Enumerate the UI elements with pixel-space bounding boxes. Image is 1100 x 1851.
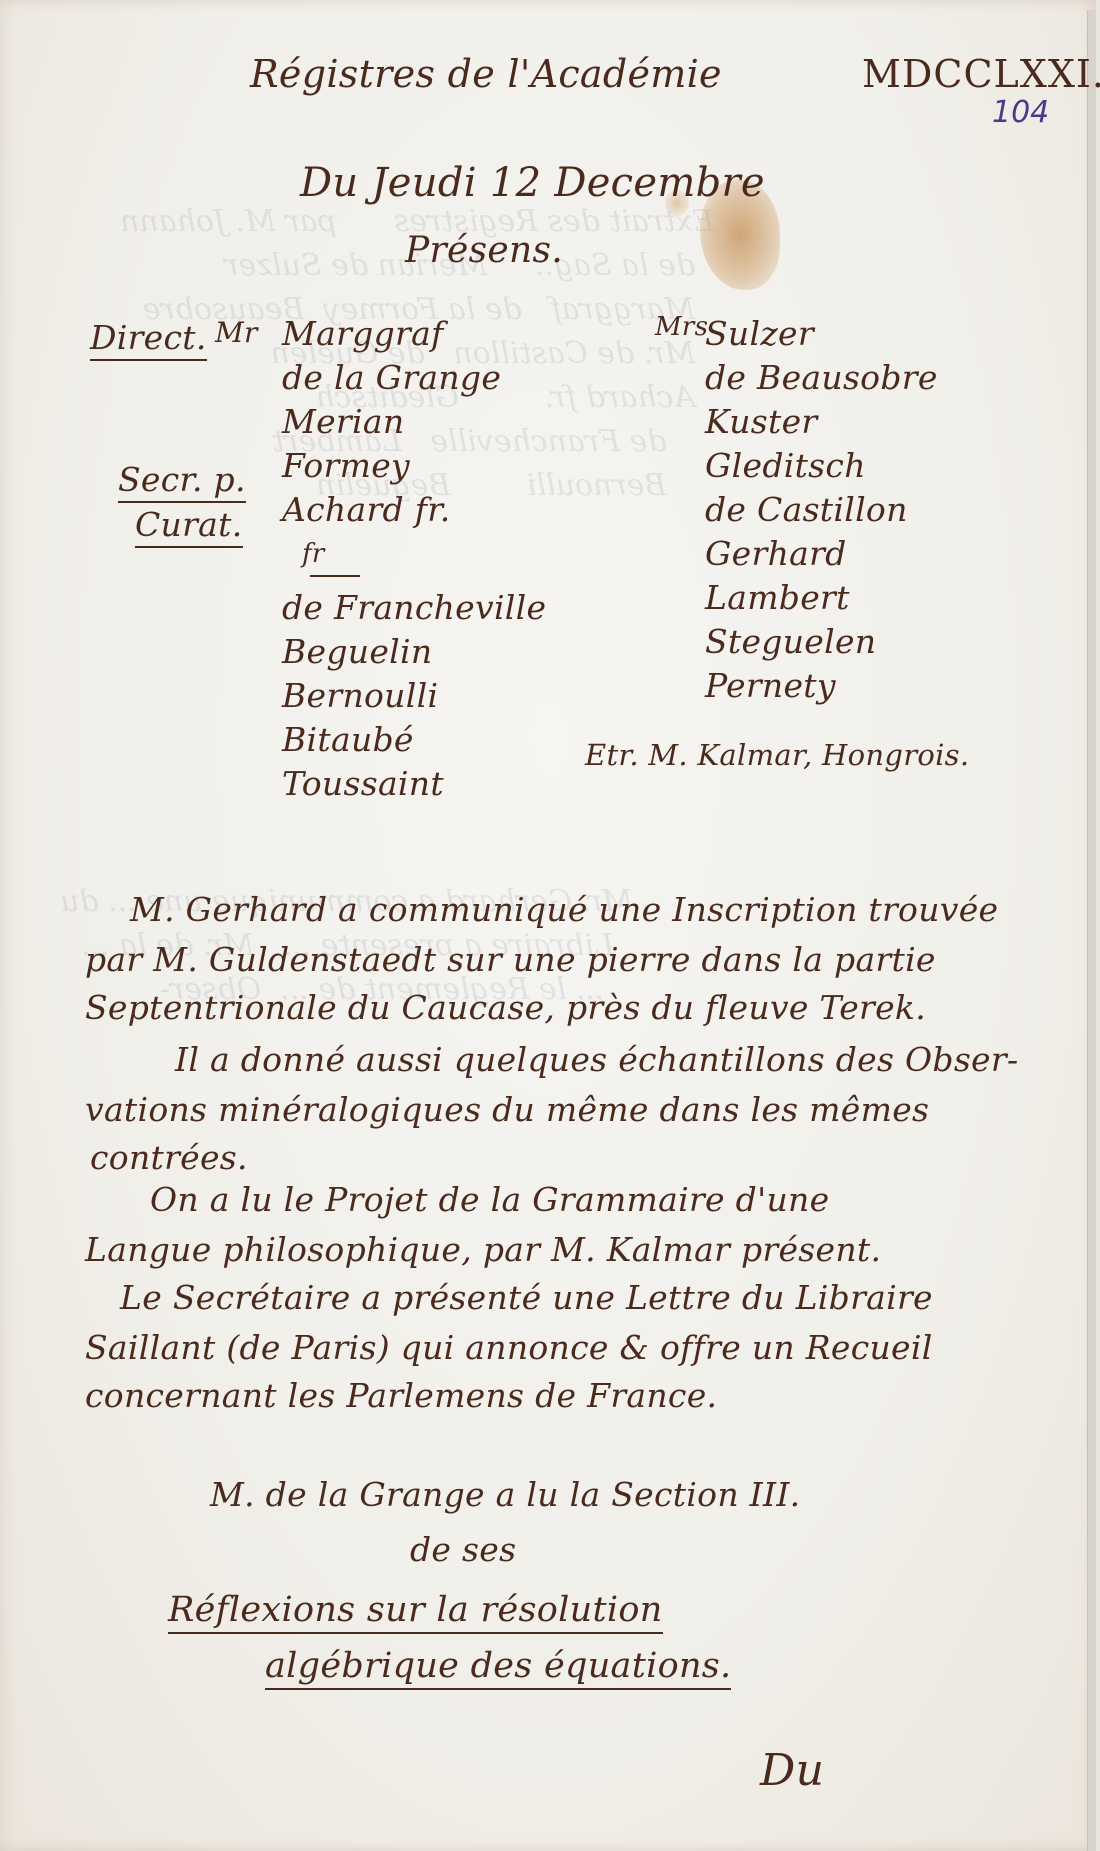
dash-rule bbox=[310, 575, 360, 577]
present-label: Présens. bbox=[405, 230, 563, 271]
year-roman: MDCCLXXI. bbox=[862, 52, 1100, 96]
attendee-name: Marggraf bbox=[282, 312, 546, 356]
minutes-line: M. Gerhard a communiqué une Inscription … bbox=[130, 890, 998, 929]
page-edge bbox=[1087, 10, 1096, 1851]
attendee-name: Merian bbox=[282, 400, 546, 444]
minutes-line: Langue philosophique, par M. Kalmar prés… bbox=[85, 1230, 881, 1269]
minutes-line: contrées. bbox=[90, 1138, 248, 1177]
register-title: Régistres de l'Académie bbox=[250, 52, 722, 96]
catchword: Du bbox=[760, 1745, 824, 1796]
attendee-name: de Beausobre bbox=[705, 356, 938, 400]
minutes-line: Le Secrétaire a présenté une Lettre du L… bbox=[120, 1278, 933, 1317]
minutes-line: par M. Guldenstaedt sur une pierre dans … bbox=[85, 940, 936, 979]
attendee-name: Kuster bbox=[705, 400, 938, 444]
minutes-line: vations minéralogiques du même dans les … bbox=[85, 1090, 929, 1129]
attendee-name: Pernety bbox=[705, 664, 938, 708]
honorific-mrs: Mrs bbox=[655, 312, 708, 342]
minutes-line: Il a donné aussi quelques échantillons d… bbox=[175, 1040, 1018, 1079]
honorific-mr: Mr bbox=[215, 316, 258, 349]
guest-attendee: Etr. M. Kalmar, Hongrois. bbox=[585, 738, 969, 772]
manuscript-page: Extrait des Registres par M. Johann de l… bbox=[0, 0, 1096, 1851]
attendee-name: Toussaint bbox=[282, 762, 546, 806]
reading-announcement: M. de la Grange a lu la Section III. bbox=[210, 1475, 800, 1514]
role-curator: Curat. bbox=[135, 505, 243, 548]
attendee-name: Steguelen bbox=[705, 620, 938, 664]
attendee-name: Lambert bbox=[705, 576, 938, 620]
attendee-name: de Francheville bbox=[282, 586, 546, 630]
attendee-name: Bitaubé bbox=[282, 718, 546, 762]
attendee-name: de Castillon bbox=[705, 488, 938, 532]
role-secretary: Secr. p. bbox=[118, 460, 246, 503]
attendee-name: Achard fr. bbox=[282, 488, 546, 532]
session-date: Du Jeudi 12 Decembre bbox=[300, 160, 765, 206]
attendee-name: Gleditsch bbox=[705, 444, 938, 488]
attendee-name: Bernoulli bbox=[282, 674, 546, 718]
attendees-right-column: Sulzer de Beausobre Kuster Gleditsch de … bbox=[705, 312, 938, 708]
minutes-line: On a lu le Projet de la Grammaire d'une bbox=[150, 1180, 829, 1219]
attendee-name: Gerhard bbox=[705, 532, 938, 576]
folio-number: 104 bbox=[992, 95, 1049, 130]
attendee-name: Beguelin bbox=[282, 630, 546, 674]
memoir-title-line1: Réflexions sur la résolution bbox=[168, 1590, 663, 1634]
minutes-line: Saillant (de Paris) qui annonce & offre … bbox=[85, 1328, 933, 1367]
memoir-title-line2: algébrique des équations. bbox=[265, 1646, 731, 1690]
reading-of-his: de ses bbox=[410, 1530, 516, 1569]
role-director: Direct. bbox=[90, 318, 207, 361]
attendee-name: de la Grange bbox=[282, 356, 546, 400]
attendee-name: fr bbox=[282, 532, 546, 576]
attendees-left-column: Marggraf de la Grange Merian Formey Acha… bbox=[282, 312, 546, 806]
attendee-name: Sulzer bbox=[705, 312, 938, 356]
minutes-line: Septentrionale du Caucase, près du fleuv… bbox=[85, 988, 926, 1027]
minutes-line: concernant les Parlemens de France. bbox=[85, 1376, 717, 1415]
attendee-name: Formey bbox=[282, 444, 546, 488]
